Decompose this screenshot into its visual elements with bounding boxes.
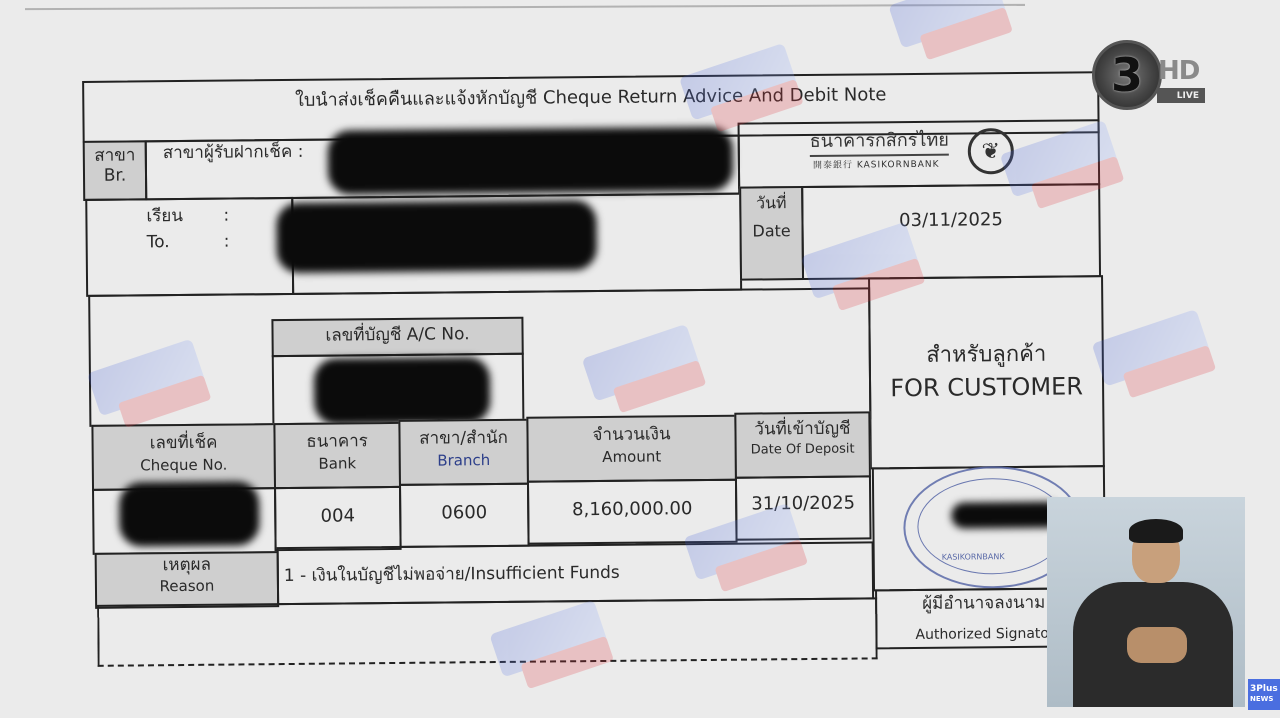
header-cheque-en: Cheque No. (92, 456, 276, 475)
reason-label: เหตุผลReason (95, 555, 279, 596)
depositing-branch-label: สาขาผู้รับฝากเช็ค : (163, 143, 304, 164)
date-label-en: Date (739, 222, 803, 241)
header-bank-th: ธนาคาร (273, 432, 400, 453)
badge-line2: NEWS (1250, 694, 1280, 704)
redaction-account (314, 357, 491, 425)
channel-hd-label: HD (1158, 56, 1199, 86)
date-label-th: วันที่ (739, 194, 803, 213)
header-bank-text: ธนาคารBank (273, 432, 400, 473)
channel-3-logo-icon: 3 (1092, 40, 1162, 110)
header-deposit-date-th: วันที่เข้าบัญชี (734, 419, 870, 440)
for-customer-en: FOR CUSTOMER (869, 373, 1104, 403)
branch-label-th: สาขา (83, 146, 147, 166)
header-amount-en: Amount (527, 447, 737, 466)
bank-code-value: 004 (274, 506, 401, 528)
branch-label: สาขา Br. (83, 146, 147, 186)
bank-name-th: ธนาคารกสิกรไทย (810, 131, 949, 157)
interpreter-hair (1129, 519, 1183, 543)
reason-label-th: เหตุผล (95, 555, 279, 576)
header-bank-en: Bank (274, 454, 401, 472)
date-value: 03/11/2025 (801, 209, 1100, 233)
header-amount-th: จำนวนเงิน (526, 425, 736, 447)
header-deposit-date-text: วันที่เข้าบัญชีDate Of Deposit (734, 419, 870, 458)
3plus-news-badge: 3Plus NEWS (1248, 679, 1280, 710)
to-label-th: เรียน (146, 207, 183, 227)
redaction-branch (328, 127, 734, 195)
stamp-text: KASIKORNBANK (942, 552, 1005, 562)
reason-label-en: Reason (95, 577, 279, 596)
for-customer-th: สำหรับลูกค้า (869, 341, 1104, 369)
bottom-blank-row (97, 597, 878, 666)
live-badge: LIVE (1157, 88, 1205, 103)
reason-value: 1 - เงินในบัญชีไม่พอจ่าย/Insufficient Fu… (284, 564, 620, 587)
branch-label-en: Br. (83, 166, 147, 186)
interpreter-hands (1127, 627, 1187, 663)
amount-value: 8,160,000.00 (527, 499, 737, 522)
signatory-en: Authorized Signatory (915, 626, 1063, 644)
sign-language-interpreter-video (1047, 497, 1245, 707)
account-label: เลขที่บัญชี A/C No. (271, 325, 523, 347)
redaction-recipient (276, 200, 597, 273)
to-label-cell (85, 197, 294, 297)
branch-code-value: 0600 (399, 503, 529, 525)
header-cheque-text: เลขที่เช็คCheque No. (92, 433, 276, 475)
watermark-logo-icon (1092, 309, 1219, 410)
to-colon-1: : (223, 207, 229, 227)
redaction-cheque-no (119, 481, 260, 546)
header-amount-text: จำนวนเงินAmount (526, 425, 736, 467)
date-label: วันที่ Date (739, 194, 803, 241)
redaction-stamp (951, 502, 1061, 529)
to-colon-2: : (224, 233, 230, 253)
header-branch-th: สาขา/สำนัก (398, 429, 528, 450)
watermark-logo-icon (888, 0, 1015, 72)
badge-line1: 3Plus (1250, 684, 1280, 694)
header-deposit-date-en: Date Of Deposit (735, 442, 871, 458)
to-label-en: To. (147, 233, 170, 253)
signatory-th: ผู้มีอำนาจลงนาม (922, 594, 1045, 615)
header-branch-en: Branch (399, 451, 529, 469)
bank-name-en: 開泰銀行 KASIKORNBANK (813, 160, 940, 172)
header-branch-text: สาขา/สำนักBranch (398, 429, 528, 470)
deposit-date-value: 31/10/2025 (735, 493, 871, 515)
